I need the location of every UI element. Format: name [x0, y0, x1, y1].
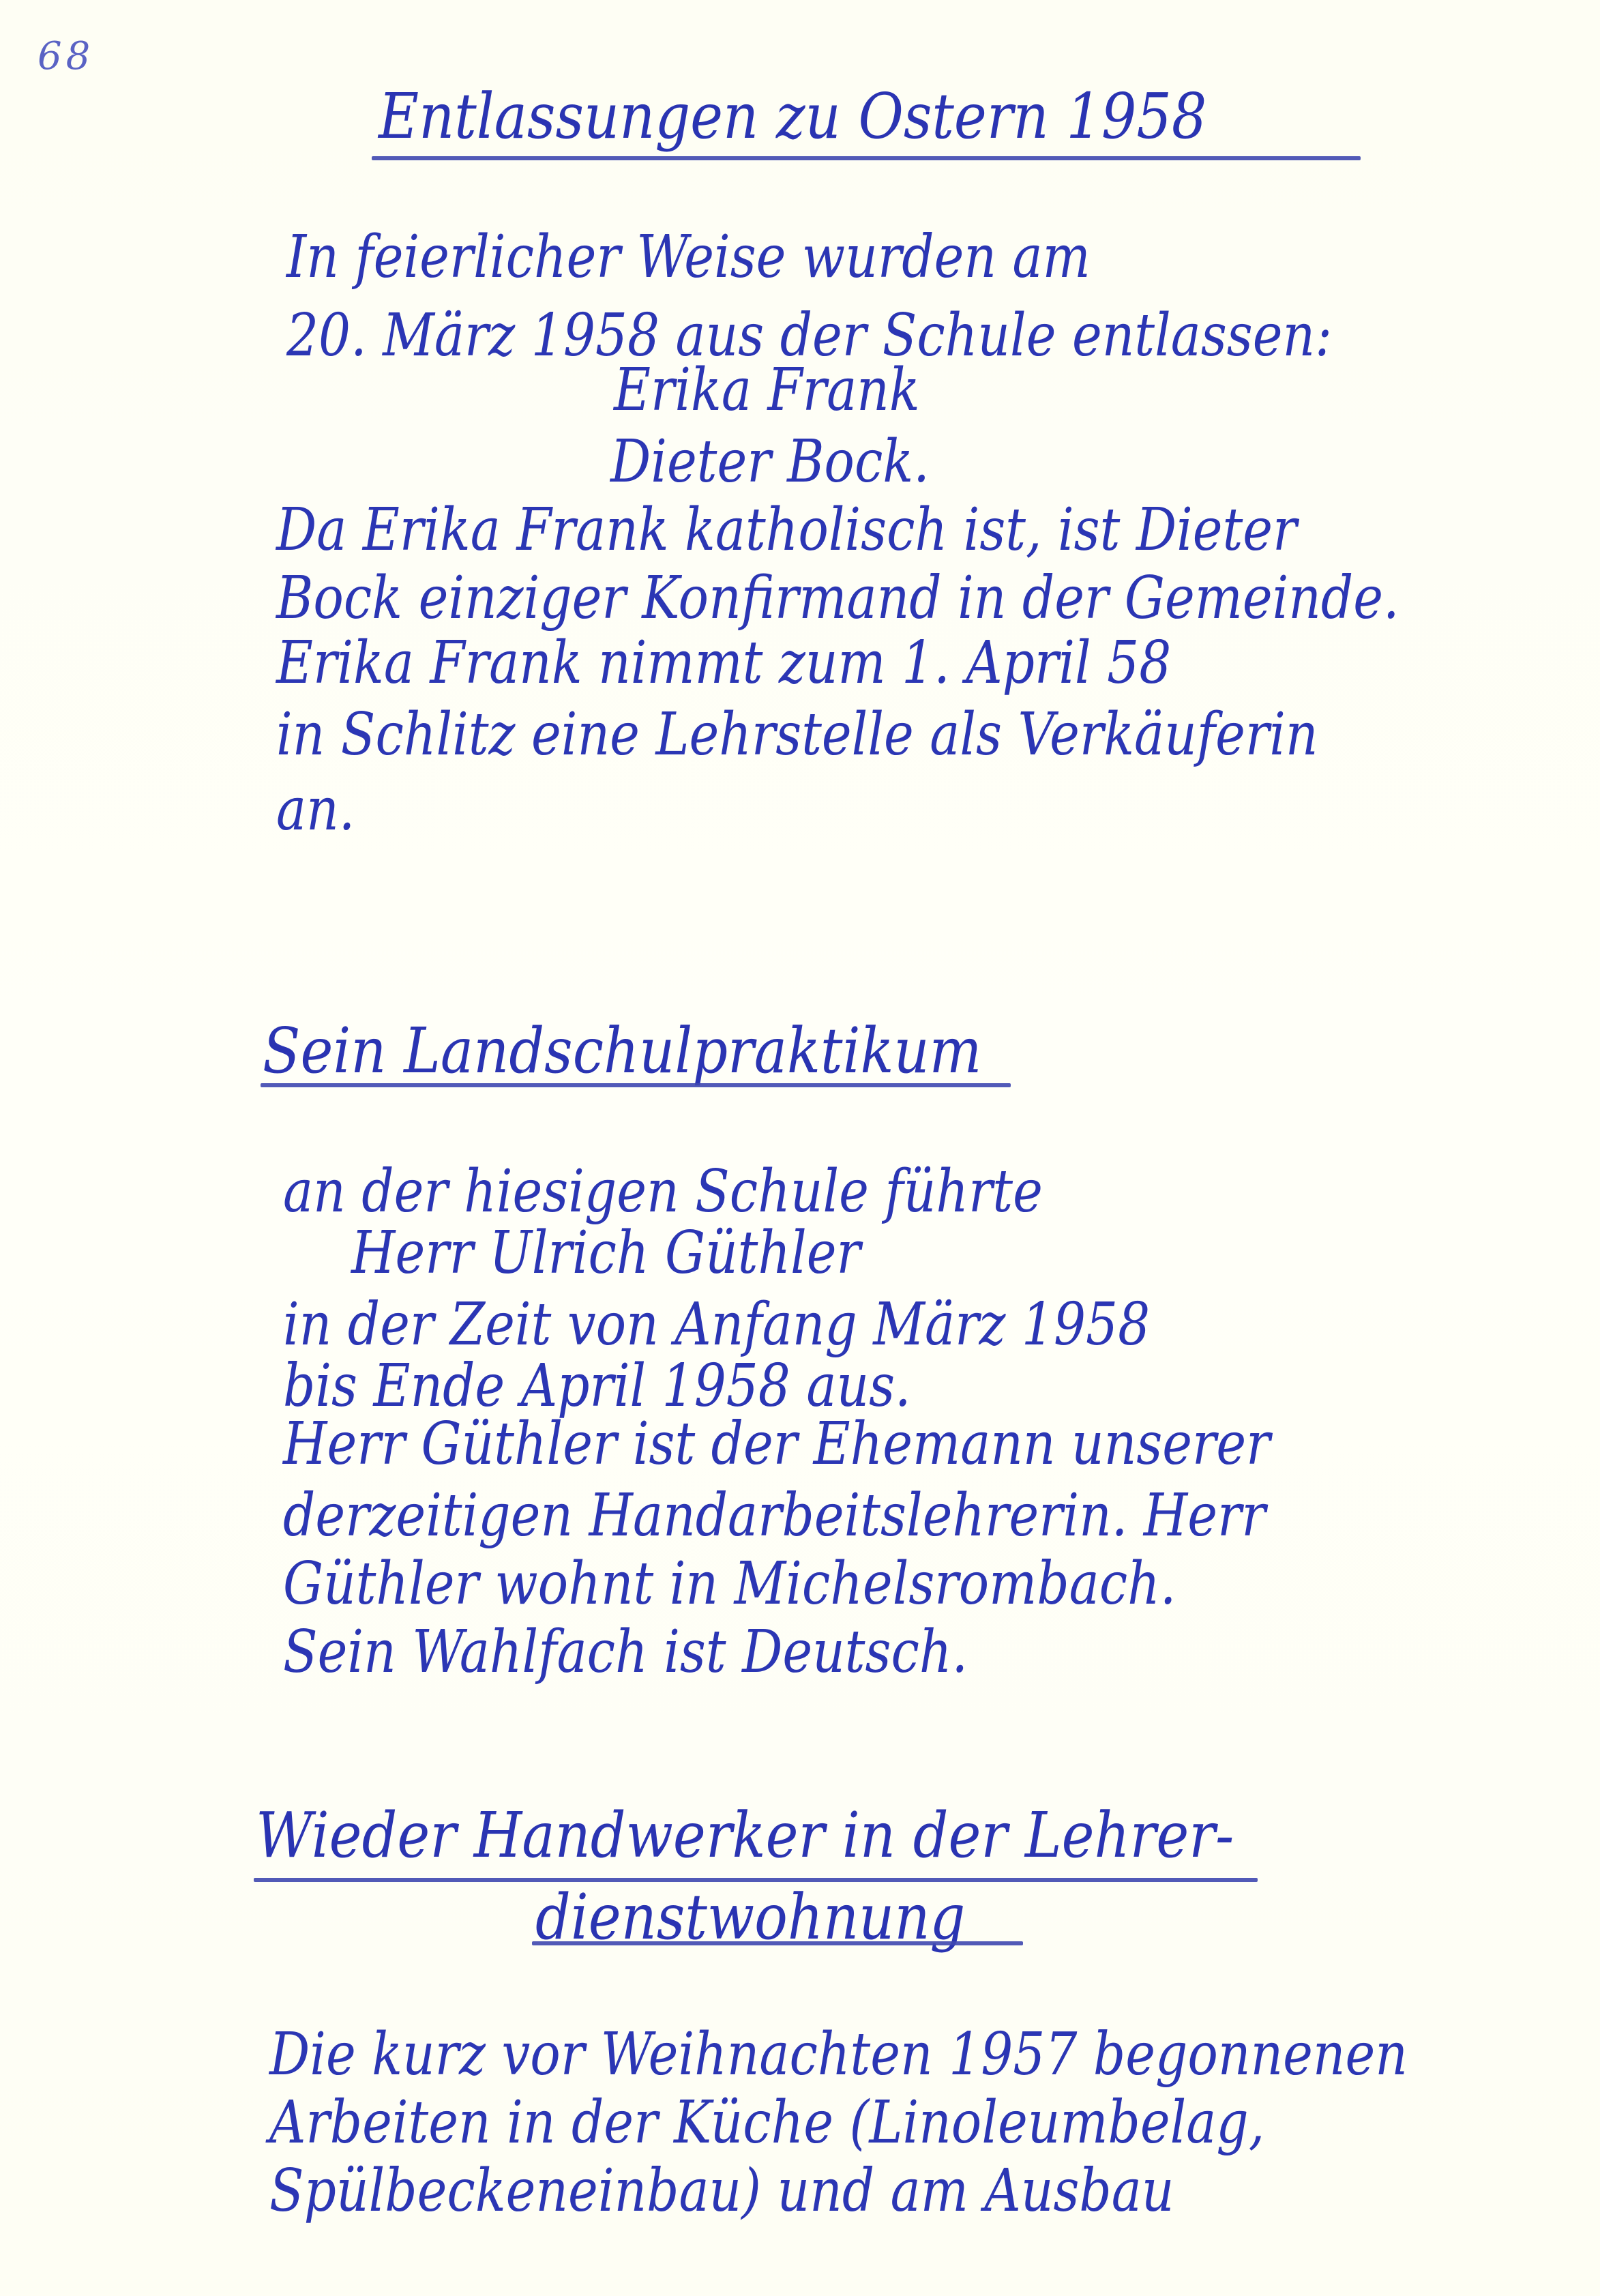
text-line: in Schlitz eine Lehrstelle als Verkäufer… [276, 703, 1487, 767]
section-heading-handwerker: Wieder Handwerker in der Lehrer- [256, 1801, 1367, 1870]
text-line: Arbeiten in der Küche (Linoleumbelag, [269, 2091, 1427, 2155]
heading-underline [532, 1941, 1023, 1945]
section-heading-landschulpraktikum: Sein Landschulpraktikum [263, 1016, 1080, 1085]
text-line: Erika Frank nimmt zum 1. April 58 [276, 631, 1317, 696]
text-line: Spülbeckeneinbau) und am Ausbau [269, 2159, 1321, 2224]
text-line: Die kurz vor Weihnachten 1957 begonnenen [269, 2022, 1593, 2087]
text-line: an. [276, 778, 368, 842]
text-line: in der Zeit von Anfang März 1958 [283, 1293, 1291, 1357]
text-line: Güthler wohnt in Michelsrombach. [283, 1552, 1321, 1617]
text-line: Sein Wahlfach ist Deutsch. [283, 1620, 1079, 1685]
text-line: Da Erika Frank katholisch ist, ist Diete… [276, 498, 1463, 563]
student-name: Dieter Bock. [610, 430, 981, 495]
text-line: Bock einziger Konfirmand in der Gemeinde… [276, 566, 1582, 631]
text-line: bis Ende April 1958 aus. [283, 1354, 1013, 1419]
intern-name: Herr Ulrich Güthler [351, 1221, 943, 1286]
text-line: Herr Güthler ist der Ehemann unserer [283, 1412, 1431, 1477]
student-name: Erika Frank [614, 358, 970, 423]
page-number: 68 [38, 34, 94, 78]
notebook-page: 68 Entlassungen zu Ostern 1958 In feierl… [0, 0, 1600, 2296]
text-line: derzeitigen Handarbeitslehrerin. Herr [283, 1484, 1425, 1548]
text-line: In feierlicher Weise wurden am [286, 225, 1221, 290]
heading-underline [372, 156, 1361, 160]
heading-underline [261, 1083, 1011, 1087]
text-line: an der hiesigen Schule führte [283, 1160, 1166, 1224]
section-heading-entlassungen: Entlassungen zu Ostern 1958 [379, 82, 1320, 151]
